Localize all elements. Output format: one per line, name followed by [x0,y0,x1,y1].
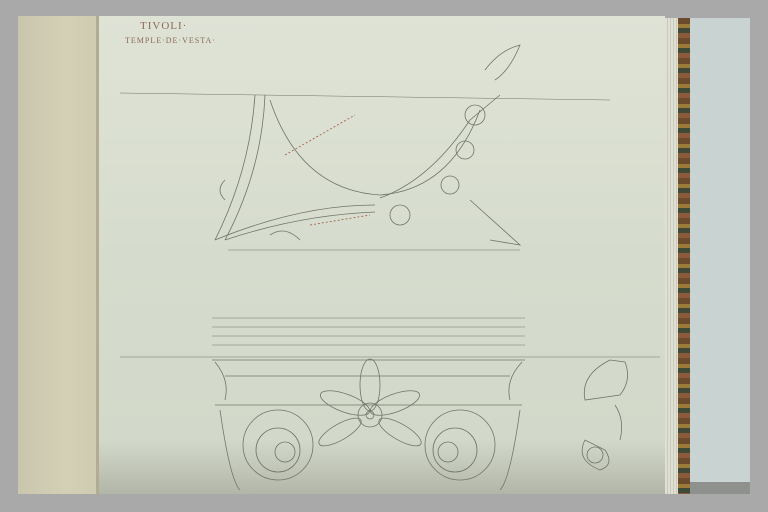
plan-view [215,45,520,250]
profile-view [582,360,627,470]
elevation-view [212,318,525,490]
architectural-drawing [0,0,768,512]
